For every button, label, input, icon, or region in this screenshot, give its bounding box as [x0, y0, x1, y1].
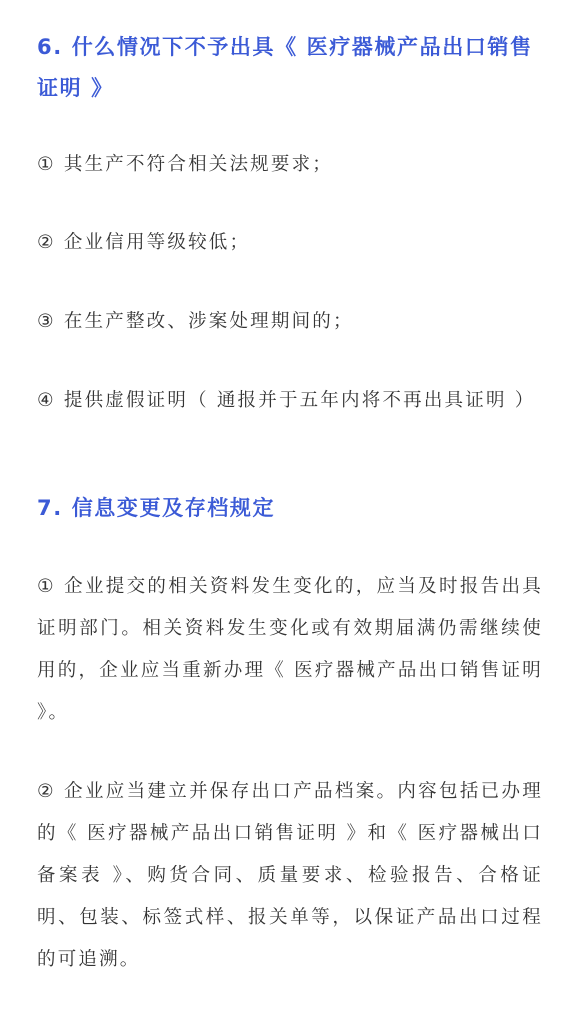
section-6-item-4: ④ 提供虚假证明（ 通报并于五年内将不再出具证明 ） [37, 380, 543, 422]
section-6-heading: 6. 什么情况下不予出具《 医疗器械产品出口销售证明 》 [37, 27, 543, 109]
section-7-item-2: ② 企业应当建立并保存出口产品档案。内容包括已办理的《 医疗器械产品出口销售证明… [37, 771, 543, 981]
section-6-item-2: ② 企业信用等级较低； [37, 222, 543, 264]
section-7-item-1: ① 企业提交的相关资料发生变化的，应当及时报告出具证明部门。相关资料发生变化或有… [37, 566, 543, 734]
section-6-item-3: ③ 在生产整改、涉案处理期间的； [37, 301, 543, 343]
section-6-item-1: ① 其生产不符合相关法规要求； [37, 144, 543, 186]
section-7-heading: 7. 信息变更及存档规定 [37, 488, 543, 529]
